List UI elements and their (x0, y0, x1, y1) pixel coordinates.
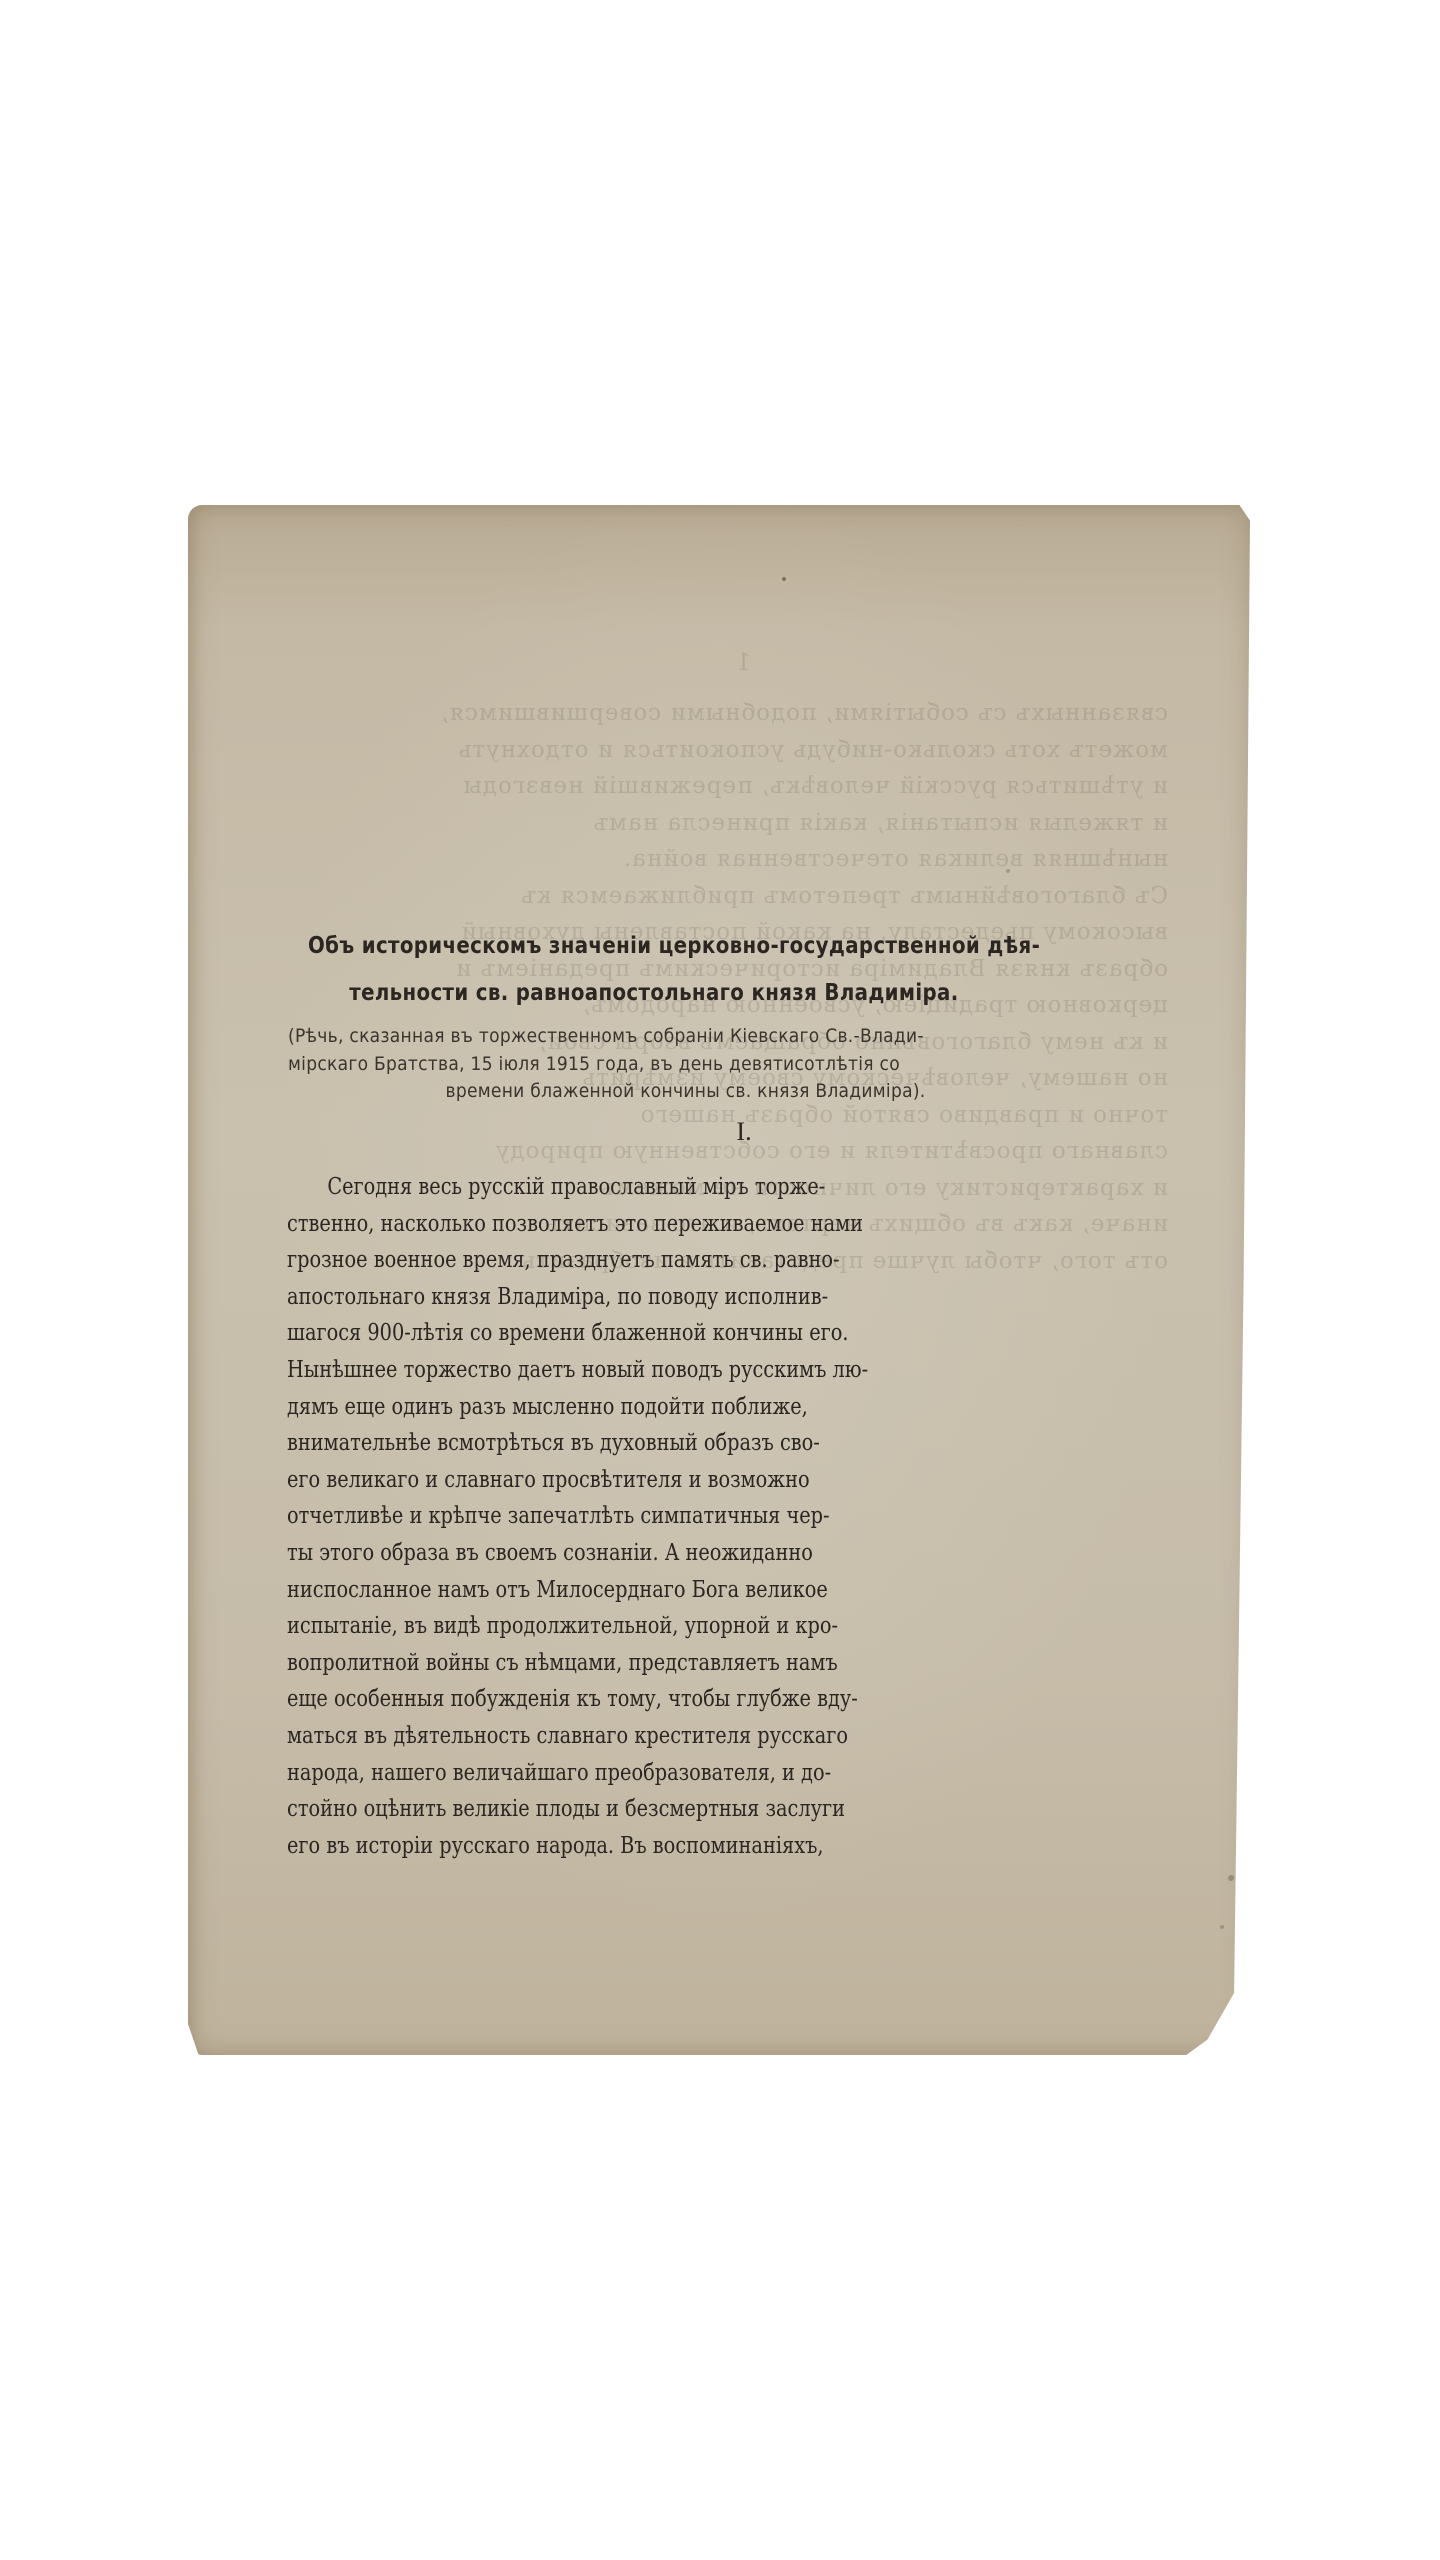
body-line: апостольнаго князя Владимiра, по поводу … (287, 1279, 892, 1316)
body-line: ниспосланное намъ отъ Милосерднаго Бога … (287, 1572, 892, 1609)
document-page: 1 связанныхъ съ событiями, подобными сов… (188, 505, 1250, 2055)
body-line: внимательнѣе всмотрѣться въ духовный обр… (287, 1425, 892, 1462)
body-line: дямъ еще одинъ разъ мысленно подойти поб… (287, 1389, 892, 1426)
body-line: его въ исторiи русскаго народа. Въ воспо… (287, 1828, 892, 1865)
section-number: I. (188, 1117, 1250, 1147)
document-subtitle: (Рѣчь, сказанная въ торжественномъ собра… (288, 1023, 1035, 1106)
paper-speck (782, 577, 786, 581)
body-line: ственно, насколько позволяетъ это пережи… (287, 1206, 892, 1243)
body-line: стойно оцѣнить великiе плоды и безсмертн… (287, 1791, 892, 1828)
body-line: Нынѣшнее торжество даетъ новый поводъ ру… (287, 1352, 892, 1389)
subtitle-line-3: времени блаженной кончины св. князя Влад… (288, 1078, 1035, 1106)
bleed-line: и утѣшиться русскiй человѣкъ, пережившiй… (278, 768, 1168, 805)
body-line: вопролитной войны съ нѣмцами, представля… (287, 1645, 892, 1682)
bleed-line: связанныхъ съ событiями, подобными совер… (278, 695, 1168, 732)
folded-corner (1194, 2029, 1224, 2053)
body-line: грозное военное время, празднуетъ память… (287, 1242, 892, 1279)
subtitle-line-1: (Рѣчь, сказанная въ торжественномъ собра… (288, 1023, 1035, 1051)
paper-speck (1006, 869, 1010, 873)
bleed-line: можетъ хоть сколько-нибудь успокоиться и… (278, 732, 1168, 769)
bleed-line: Съ благоговѣйнымъ трепетомъ приближаемся… (278, 878, 1168, 915)
body-line: испытанiе, въ видѣ продолжительной, упор… (287, 1608, 892, 1645)
bleed-line: нынѣшняя великая отечественная война. (278, 841, 1168, 878)
body-line: Сегодня весь русскiй православный мiръ т… (287, 1169, 892, 1206)
title-line-2: тельности св. равноапостольнаго князя Вл… (308, 970, 1082, 1017)
body-line: отчетливѣе и крѣпче запечатлѣть симпатич… (287, 1498, 892, 1535)
body-line: ты этого образа въ своемъ сознанiи. А не… (287, 1535, 892, 1572)
body-line: еще особенныя побужденiя къ тому, чтобы … (287, 1681, 892, 1718)
title-line-1: Объ историческомъ значенiи церковно-госу… (308, 923, 1082, 970)
body-line: маться въ дѣятельность славнаго крестите… (287, 1718, 892, 1755)
body-line: его великаго и славнаго просвѣтителя и в… (287, 1462, 892, 1499)
body-line: народа, нашего величайшаго преобразовате… (287, 1755, 892, 1792)
paper-speck (1220, 1925, 1224, 1929)
body-text: Сегодня весь русскiй православный мiръ т… (287, 1169, 1007, 1864)
subtitle-line-2: мiрскаго Братства, 15 iюля 1915 года, въ… (288, 1051, 1035, 1079)
bleed-page-mark: 1 (278, 645, 1168, 695)
document-title: Объ историческомъ значенiи церковно-госу… (308, 923, 1082, 1017)
body-line: шагося 900-лѣтiя со времени блаженной ко… (287, 1315, 892, 1352)
paper-speck (1228, 1875, 1234, 1881)
bleed-line: и тяжелыя испытанiя, какiя принесла намъ (278, 805, 1168, 842)
